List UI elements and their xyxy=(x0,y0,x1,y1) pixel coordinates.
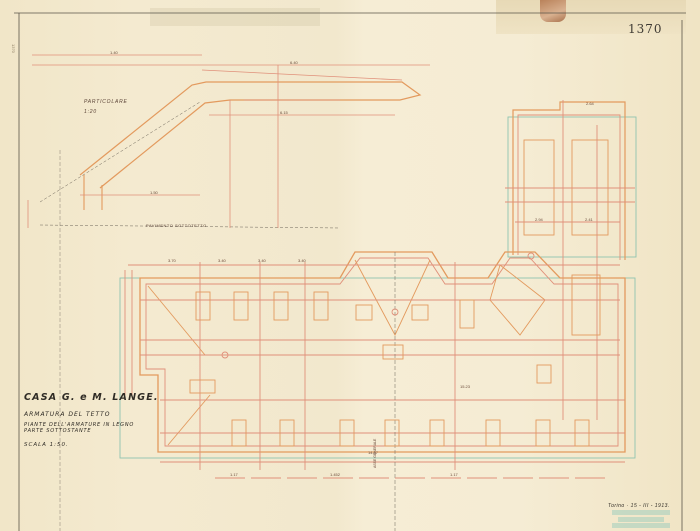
main-floor-plan xyxy=(120,252,635,531)
drawing-sheet: 1370 1370 PARTICOLARE 1:20 PAVIMENTO SOT… xyxy=(0,0,700,531)
description-line-2: PARTE SOTTOSTANTE xyxy=(24,428,159,434)
right-wing-plan xyxy=(505,100,636,420)
dimension-label: 2.64 xyxy=(586,101,594,106)
dimension-label: 3.40 xyxy=(258,258,266,263)
edge-mark: 1370 xyxy=(11,44,16,53)
dimension-label: 1.452 xyxy=(330,472,340,477)
drawing-subject: ARMATURA DEL TETTO xyxy=(24,411,159,418)
title-block: CASA G. e M. LANGE. ARMATURA DEL TETTO P… xyxy=(24,392,159,448)
dimension-label: 15.23 xyxy=(460,384,470,389)
dimension-label: 1.50 xyxy=(150,190,158,195)
detail-label-title: PARTICOLARE xyxy=(84,97,128,107)
roof-section-detail xyxy=(28,55,430,531)
drawing-description: PIANTE DELL'ARMATURE IN LEGNO PARTE SOTT… xyxy=(24,422,159,434)
dimension-label: 1.17 xyxy=(450,472,458,477)
dimension-label: 3.70 xyxy=(168,258,176,263)
dimension-label: 1.17 xyxy=(230,472,238,477)
archive-stamp xyxy=(612,510,670,530)
dimension-label: 6.15 xyxy=(280,110,288,115)
drawing-scale: SCALA 1:50. xyxy=(24,442,159,448)
plan-drawing xyxy=(0,0,700,531)
sheet-border xyxy=(14,13,686,531)
ridge-label: PAVIMENTO SOTTOTETTO xyxy=(146,223,207,228)
sheet-number: 1370 xyxy=(628,22,663,36)
section-detail-label: PARTICOLARE 1:20 xyxy=(84,97,128,117)
date-signature: Torino · 15 - III - 1913. xyxy=(608,503,670,509)
dimension-label: 3.40 xyxy=(298,258,306,263)
detail-label-scale: 1:20 xyxy=(84,107,128,117)
dimension-label: 2.41 xyxy=(585,217,593,222)
dimension-label: 2.94 xyxy=(535,217,543,222)
dimension-label: 6.40 xyxy=(290,60,298,65)
dimension-label: 1.40 xyxy=(110,50,118,55)
dimension-label: 3.40 xyxy=(218,258,226,263)
project-title: CASA G. e M. LANGE. xyxy=(24,392,159,403)
dimension-label: 14.47 xyxy=(368,450,378,455)
